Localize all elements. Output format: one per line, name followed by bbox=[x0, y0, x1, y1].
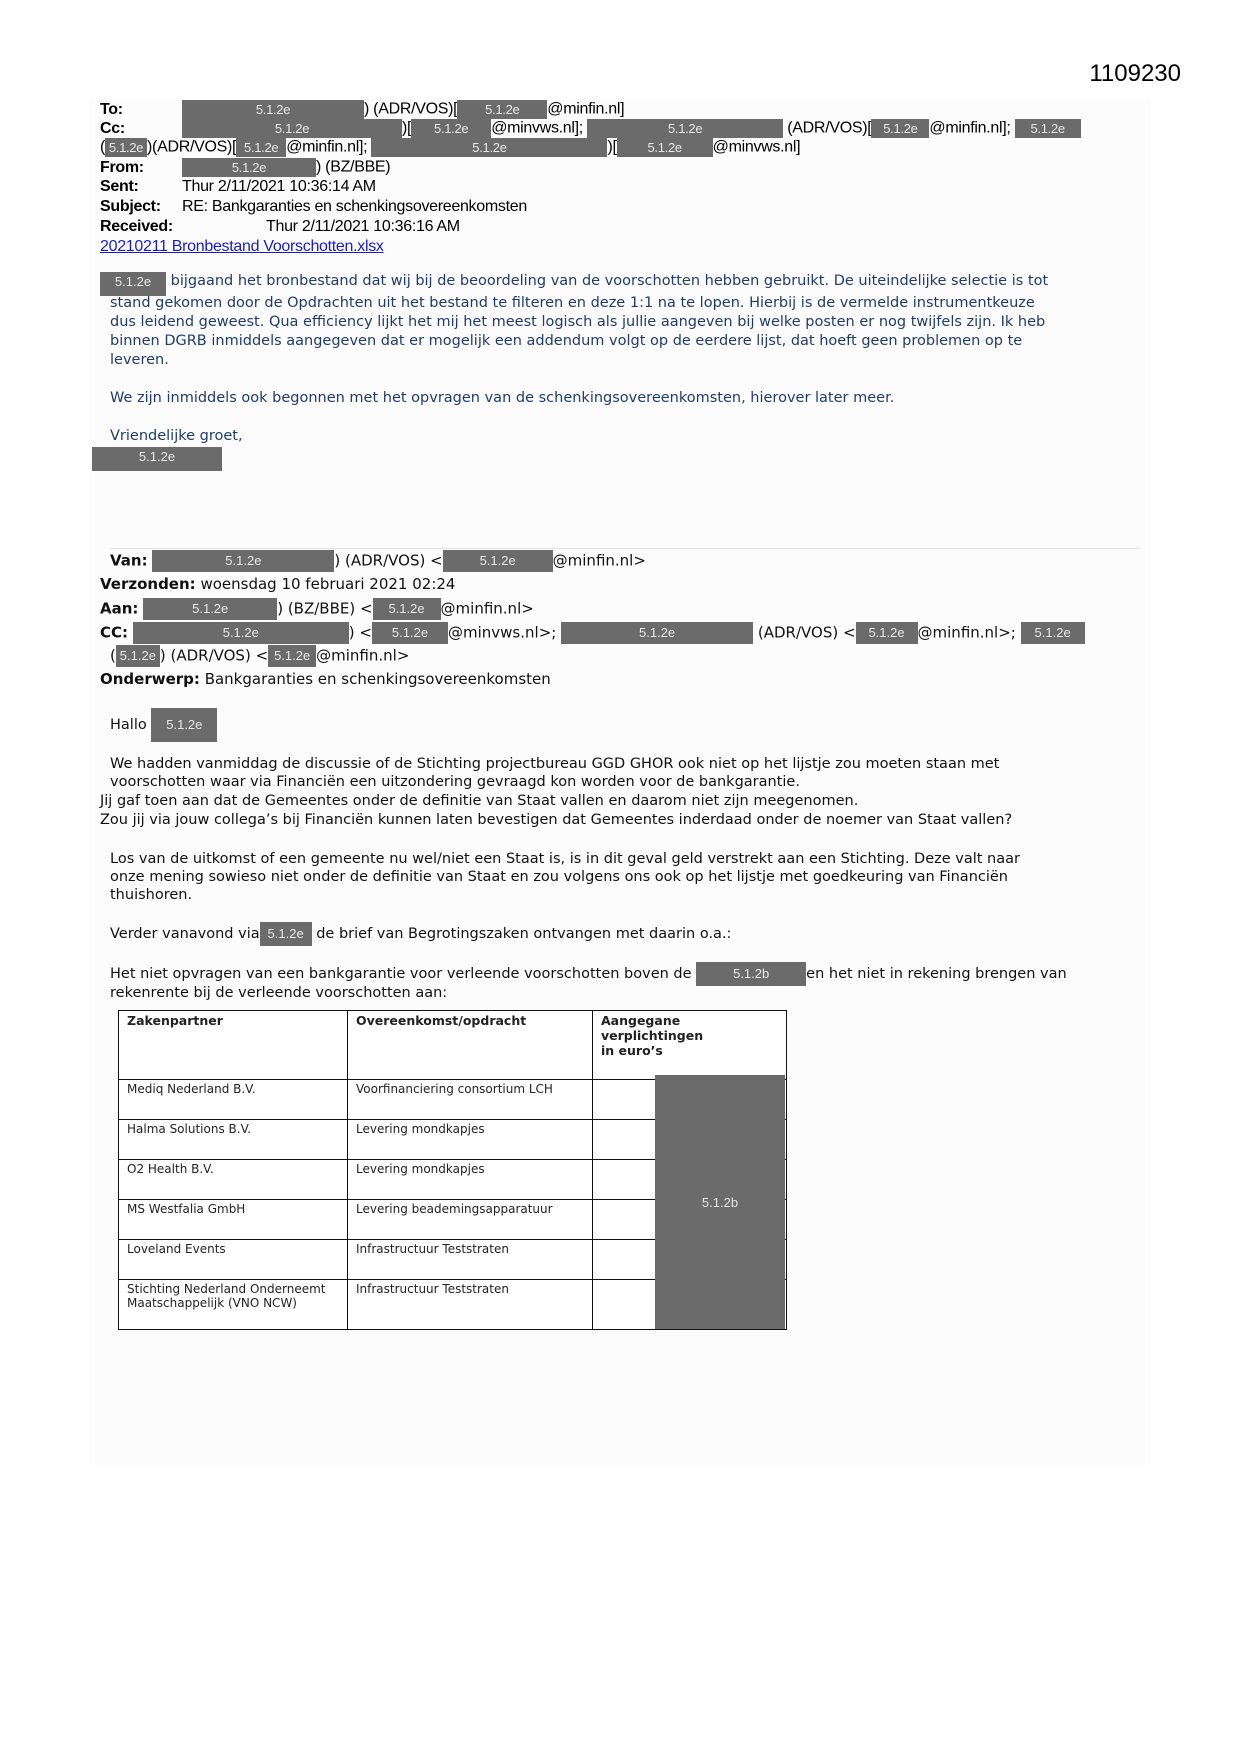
body-text: en het niet in rekening brengen van bbox=[806, 966, 1067, 982]
cell-overeenkomst: Levering mondkapjes bbox=[348, 1120, 593, 1160]
closing: Vriendelijke groet, bbox=[110, 427, 243, 447]
orig-p1-line2: voorschotten waar via Financiën een uitz… bbox=[110, 773, 800, 792]
aan-text: @minfin.nl> bbox=[441, 600, 534, 618]
orig-p2-line3: thuishoren. bbox=[110, 886, 192, 905]
reply-para1-line3: dus leidend geweest. Qua efficiency lijk… bbox=[110, 313, 1045, 333]
onderwerp-value: Bankgaranties en schenkingsovereenkomste… bbox=[205, 670, 551, 688]
cell-zakenpartner: Halma Solutions B.V. bbox=[119, 1120, 348, 1160]
cell-overeenkomst: Voorfinanciering consortium LCH bbox=[348, 1080, 593, 1120]
orig-p3: Verder vanavond via5.1.2e de brief van B… bbox=[110, 922, 731, 946]
redaction: 5.1.2e bbox=[116, 645, 160, 667]
reply-para1-line5: leveren. bbox=[110, 351, 169, 371]
to-text: ) (ADR/VOS)[ bbox=[364, 101, 457, 118]
body-text: Het niet opvragen van een bankgarantie v… bbox=[110, 966, 692, 982]
col-zakenpartner: Zakenpartner bbox=[119, 1011, 348, 1080]
redaction: 5.1.2e bbox=[371, 138, 607, 157]
subject-label: Subject: bbox=[100, 198, 182, 216]
onderwerp-label: Onderwerp: bbox=[100, 670, 200, 688]
cc-text: )[ bbox=[402, 120, 411, 137]
redaction: 5.1.2e bbox=[143, 598, 277, 620]
redaction: 5.1.2e bbox=[151, 708, 217, 742]
cell-overeenkomst: Infrastructuur Teststraten bbox=[348, 1280, 593, 1330]
cell-zakenpartner: O2 Health B.V. bbox=[119, 1160, 348, 1200]
cc-orig-line-2: (5.1.2e) (ADR/VOS) <5.1.2e@minfin.nl> bbox=[110, 645, 409, 667]
redaction: 5.1.2e bbox=[372, 622, 448, 644]
reply-para1-line1: 5.1.2e bijgaand het bronbestand dat wij … bbox=[100, 272, 1048, 296]
redaction: 5.1.2b bbox=[696, 962, 806, 986]
aan-text: ) (BZ/BBE) < bbox=[277, 600, 372, 618]
cell-overeenkomst: Infrastructuur Teststraten bbox=[348, 1240, 593, 1280]
cc-text: @minvws.nl] bbox=[713, 139, 801, 156]
orig-p4-line2: rekenrente bij de verleende voorschotten… bbox=[110, 984, 447, 1003]
cell-zakenpartner: Loveland Events bbox=[119, 1240, 348, 1280]
redaction: 5.1.2e bbox=[152, 550, 334, 572]
redaction: 5.1.2e bbox=[1015, 119, 1081, 138]
to-line: To:5.1.2e) (ADR/VOS)[5.1.2e@minfin.nl] bbox=[100, 100, 624, 119]
redaction: 5.1.2e bbox=[373, 598, 441, 620]
body-text: de brief van Begrotingszaken ontvangen m… bbox=[316, 926, 731, 942]
redaction: 5.1.2e bbox=[443, 550, 553, 572]
orig-p1-line1: We hadden vanmiddag de discussie of de S… bbox=[110, 755, 999, 774]
van-line: Van: 5.1.2e) (ADR/VOS) <5.1.2e@minfin.nl… bbox=[110, 550, 646, 572]
cc-label: CC: bbox=[100, 624, 128, 642]
from-line: From:5.1.2e) (BZ/BBE) bbox=[100, 158, 390, 177]
sent-line: Sent:Thur 2/11/2021 10:36:14 AM bbox=[100, 178, 376, 196]
sent-label: Sent: bbox=[100, 178, 182, 196]
orig-p2-line2: onze mening sowieso niet onder de defini… bbox=[110, 868, 1008, 887]
cc-text: ) < bbox=[349, 624, 372, 642]
redaction: 5.1.2e bbox=[260, 922, 312, 946]
cc-text: @minfin.nl> bbox=[316, 647, 409, 665]
orig-p4-line1: Het niet opvragen van een bankgarantie v… bbox=[110, 962, 1067, 986]
separator bbox=[110, 548, 1140, 549]
verzonden-line: Verzonden: woensdag 10 februari 2021 02:… bbox=[100, 575, 455, 593]
cc-text: @minfin.nl]; bbox=[929, 120, 1010, 137]
col-overeenkomst: Overeenkomst/opdracht bbox=[348, 1011, 593, 1080]
cc-text: @minvws.nl]; bbox=[491, 120, 583, 137]
cc-text: )[ bbox=[607, 139, 616, 156]
received-line: Received:Thur 2/11/2021 10:36:16 AM bbox=[100, 218, 460, 236]
orig-p2-line1: Los van de uitkomst of een gemeente nu w… bbox=[110, 850, 1020, 869]
cell-zakenpartner: MS Westfalia GmbH bbox=[119, 1200, 348, 1240]
redaction: 5.1.2e bbox=[457, 100, 547, 119]
redaction: 5.1.2e bbox=[561, 622, 753, 644]
from-label: From: bbox=[100, 159, 182, 177]
onderwerp-line: Onderwerp: Bankgaranties en schenkingsov… bbox=[100, 670, 551, 688]
aan-line: Aan: 5.1.2e) (BZ/BBE) <5.1.2e@minfin.nl> bbox=[100, 598, 534, 620]
redaction: 5.1.2e bbox=[133, 622, 349, 644]
cc-line-1: Cc:5.1.2e)[5.1.2e@minvws.nl]; 5.1.2e (AD… bbox=[100, 119, 1081, 138]
cc-text: @minvws.nl>; bbox=[448, 624, 556, 642]
redaction: 5.1.2e bbox=[92, 447, 222, 471]
cell-overeenkomst: Levering beademingsapparatuur bbox=[348, 1200, 593, 1240]
aan-label: Aan: bbox=[100, 600, 138, 618]
cell-zakenpartner: Mediq Nederland B.V. bbox=[119, 1080, 348, 1120]
col-verplichtingen: Aangegane verplichtingen in euro’s bbox=[593, 1011, 787, 1080]
col-verplichtingen-label: Aangegane verplichtingen in euro’s bbox=[601, 1013, 711, 1058]
redaction: 5.1.2e bbox=[1021, 622, 1085, 644]
document-id: 1109230 bbox=[1089, 60, 1181, 88]
cc-text: @minfin.nl>; bbox=[918, 624, 1016, 642]
verzonden-label: Verzonden: bbox=[100, 575, 196, 593]
cell-zakenpartner: Stichting Nederland Onderneemt Maatschap… bbox=[119, 1280, 348, 1330]
redaction: 5.1.2e bbox=[182, 100, 364, 119]
signature: 5.1.2e bbox=[92, 447, 222, 471]
redaction: 5.1.2e bbox=[587, 119, 783, 138]
received-value: Thur 2/11/2021 10:36:16 AM bbox=[266, 218, 460, 235]
subject-value: RE: Bankgaranties en schenkingsovereenko… bbox=[182, 198, 527, 215]
redaction: 5.1.2e bbox=[617, 138, 713, 157]
redaction: 5.1.2e bbox=[182, 119, 402, 138]
body-text: Verder vanavond via bbox=[110, 926, 260, 942]
reply-para1-line2: stand gekomen door de Opdrachten uit het… bbox=[110, 294, 1035, 314]
van-label: Van: bbox=[110, 552, 148, 570]
redaction: 5.1.2e bbox=[236, 138, 286, 157]
body-text: bijgaand het bronbestand dat wij bij de … bbox=[171, 273, 1049, 289]
redaction: 5.1.2e bbox=[182, 158, 316, 177]
to-email-domain: @minfin.nl] bbox=[547, 101, 624, 118]
van-text: ) (ADR/VOS) < bbox=[334, 552, 442, 570]
redaction: 5.1.2e bbox=[856, 622, 918, 644]
cc-text: ) (ADR/VOS) < bbox=[160, 647, 268, 665]
table-header-row: Zakenpartner Overeenkomst/opdracht Aange… bbox=[119, 1011, 787, 1080]
sent-value: Thur 2/11/2021 10:36:14 AM bbox=[182, 178, 376, 195]
reply-para1-line4: binnen DGRB inmiddels aangegeven dat er … bbox=[110, 332, 1022, 352]
cc-text: )(ADR/VOS)[ bbox=[147, 139, 236, 156]
orig-p1b: Jij gaf toen aan dat de Gemeentes onder … bbox=[100, 792, 858, 811]
verzonden-value: woensdag 10 februari 2021 02:24 bbox=[200, 575, 455, 593]
orig-p1c: Zou jij via jouw collega’s bij Financiën… bbox=[100, 811, 1012, 830]
redaction-amounts: 5.1.2b bbox=[655, 1075, 785, 1329]
redaction: 5.1.2e bbox=[268, 645, 316, 667]
from-text: ) (BZ/BBE) bbox=[316, 159, 390, 176]
attachment-link[interactable]: 20210211 Bronbestand Voorschotten.xlsx bbox=[100, 238, 384, 256]
greeting: Hallo bbox=[110, 717, 147, 733]
cc-line-2: (5.1.2e)(ADR/VOS)[5.1.2e@minfin.nl]; 5.1… bbox=[100, 138, 800, 157]
cc-text: (ADR/VOS)[ bbox=[787, 120, 871, 137]
cc-orig-line-1: CC: 5.1.2e) <5.1.2e@minvws.nl>; 5.1.2e (… bbox=[100, 622, 1085, 644]
cc-text: (ADR/VOS) < bbox=[758, 624, 856, 642]
cc-label: Cc: bbox=[100, 120, 182, 138]
cell-overeenkomst: Levering mondkapjes bbox=[348, 1160, 593, 1200]
reply-para2: We zijn inmiddels ook begonnen met het o… bbox=[110, 389, 894, 409]
van-text: @minfin.nl> bbox=[553, 552, 646, 570]
cc-text: @minfin.nl]; bbox=[286, 139, 367, 156]
redaction: 5.1.2e bbox=[100, 272, 166, 296]
redaction: 5.1.2e bbox=[411, 119, 491, 138]
subject-line: Subject:RE: Bankgaranties en schenkingso… bbox=[100, 198, 527, 216]
greeting-line: Hallo 5.1.2e bbox=[110, 708, 217, 742]
redaction: 5.1.2e bbox=[871, 119, 929, 138]
redaction: 5.1.2e bbox=[105, 138, 147, 157]
to-label: To: bbox=[100, 101, 182, 119]
received-label: Received: bbox=[100, 218, 266, 236]
